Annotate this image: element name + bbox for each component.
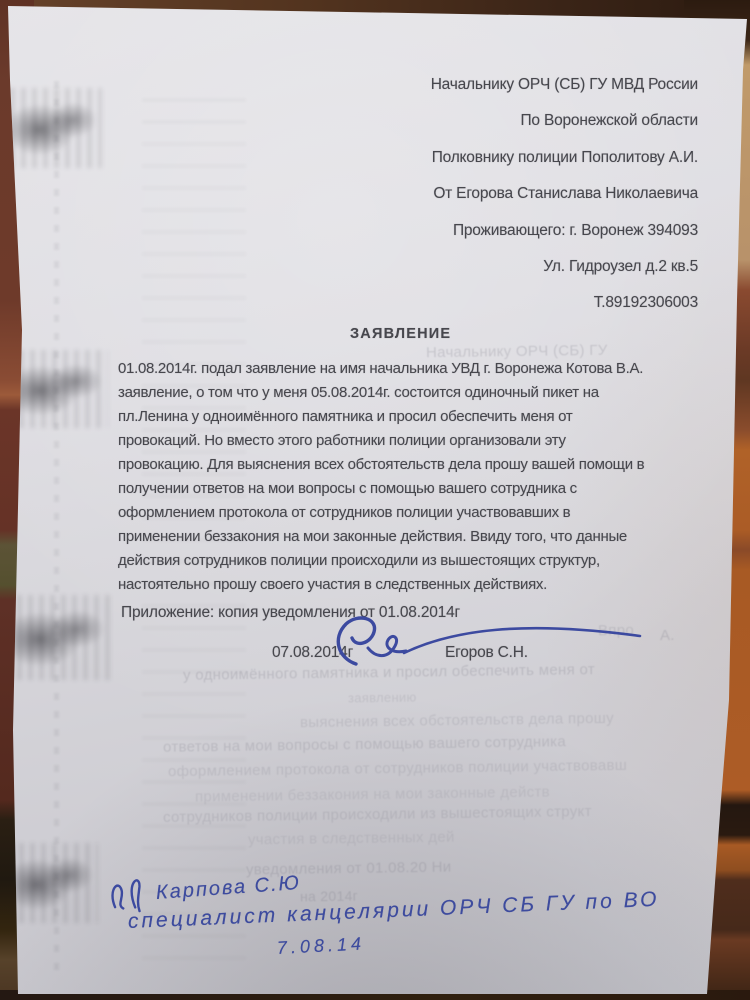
ghost-text-line: участия в следственных дей (248, 829, 455, 849)
body-line: получении ответов на мои вопросы с помощ… (118, 480, 577, 497)
recipient-line: Полковнику полиции Пополитову А.И. (278, 149, 698, 185)
body-line: провокацию. Для выяснения всех обстоятел… (118, 456, 644, 473)
body-line: пл.Ленина у одноимённого памятника и про… (118, 408, 572, 425)
body-line: провокаций. Но вместо этого работники по… (118, 432, 566, 449)
toner-streak-line (54, 70, 59, 970)
ghost-text-line: применении беззакония на мои законные де… (195, 784, 550, 806)
registration-date-handwritten: 7.08.14 (276, 933, 365, 959)
recipient-line: Начальнику ОРЧ (СБ) ГУ МВД России (278, 76, 698, 112)
body-line: оформлением протокола от сотрудников пол… (118, 504, 570, 521)
body-line: 01.08.2014г. подал заявление на имя нача… (118, 360, 643, 377)
toner-smudge (8, 843, 98, 923)
photo-of-document: Начальнику ОРЧ (СБ) ГУ Впро А. у одноимё… (0, 0, 750, 1000)
ghost-text-line: выяснения всех обстоятельств дела прошу (300, 710, 614, 731)
paper-sheet: Начальнику ОРЧ (СБ) ГУ Впро А. у одноимё… (0, 0, 750, 1000)
ghost-text-line: А. (660, 627, 675, 644)
recipient-line: Проживающего: г. Воронеж 394093 (278, 222, 698, 258)
recipient-block: Начальнику ОРЧ (СБ) ГУ МВД России По Вор… (278, 76, 698, 331)
egorov-signature (322, 612, 652, 670)
body-line: заявление, о том что у меня 05.08.2014г.… (118, 384, 599, 401)
recipient-line: Ул. Гидроузел д.2 кв.5 (278, 258, 698, 294)
ghost-text-line: Начальнику ОРЧ (СБ) ГУ (426, 342, 608, 362)
recipient-line: Т.89192306003 (278, 294, 698, 330)
body-line: применении беззакония на мои законные де… (118, 528, 627, 545)
recipient-line: От Егорова Станислава Николаевича (278, 185, 698, 221)
document-title: ЗАЯВЛЕНИЕ (350, 326, 451, 342)
recipient-line: По Воронежской области (278, 112, 698, 148)
body-line: настоятельно прошу своего участия в след… (118, 576, 547, 593)
ghost-text-line: заявлению (348, 690, 417, 706)
body-line: действия сотрудников полиции происходили… (118, 552, 600, 569)
